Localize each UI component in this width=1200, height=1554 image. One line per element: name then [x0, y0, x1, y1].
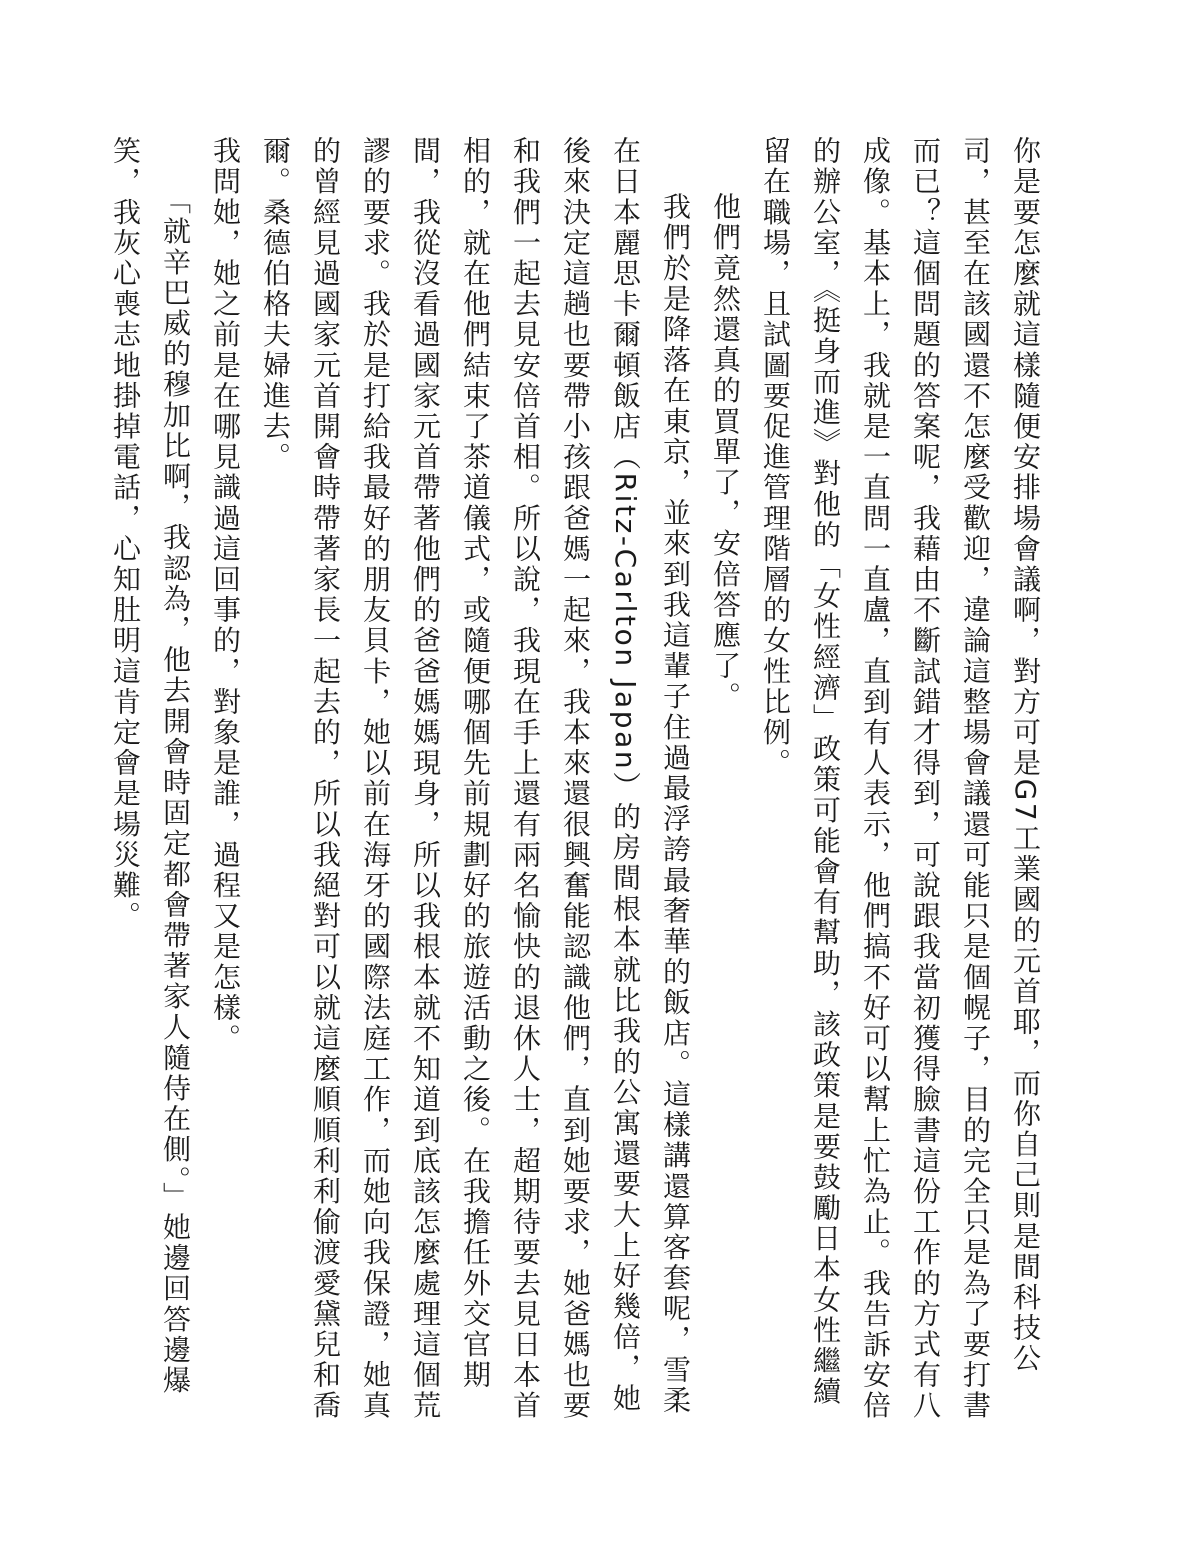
paragraph-1: 你是要怎麼就這樣隨便安排場會議啊，對方可是G7工業國的元首耶，而你自己則是間科技… [750, 136, 1050, 1426]
paragraph-3: 我們於是降落在東京，並來到我這輩子住過最浮誇最奢華的飯店。這樣講還算客套呢，雪柔… [250, 136, 700, 1426]
paragraph-4: 我問她，她之前是在哪見識過這回事的，對象是誰，過程又是怎樣。 [200, 136, 250, 1426]
paragraph-2: 他們竟然還真的買單了，安倍答應了。 [700, 136, 750, 1426]
vertical-text-body: 你是要怎麼就這樣隨便安排場會議啊，對方可是G7工業國的元首耶，而你自己則是間科技… [100, 136, 1050, 1426]
book-page: 你是要怎麼就這樣隨便安排場會議啊，對方可是G7工業國的元首耶，而你自己則是間科技… [0, 0, 1200, 1554]
paragraph-5: 「就辛巴威的穆加比啊，我認為，他去開會時固定都會帶著家人隨侍在側。」她邊回答邊爆… [100, 136, 200, 1426]
